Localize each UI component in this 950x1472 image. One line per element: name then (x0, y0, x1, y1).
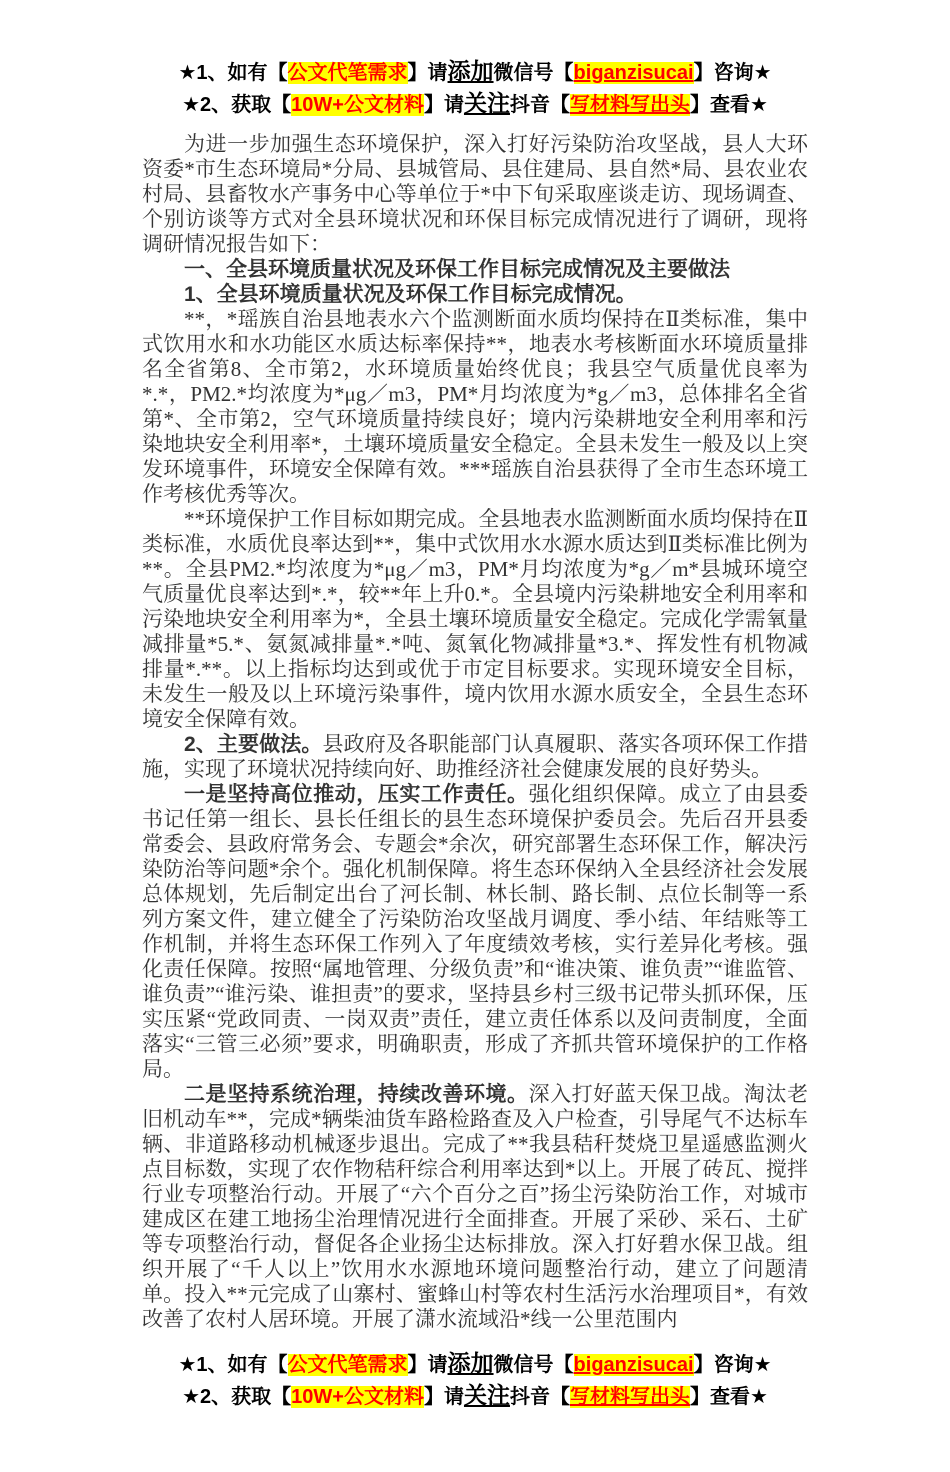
text-run: 微信号【 (494, 1354, 574, 1376)
body-paragraph: 2、主要做法。县政府及各职能部门认真履职、落实各项环保工作措施，实现了环境状况持… (142, 732, 808, 782)
document-page: ★1、如有【公文代笔需求】请添加微信号【biganzisucai】咨询★★2、获… (0, 0, 950, 1472)
banner-line: ★1、如有【公文代笔需求】请添加微信号【biganzisucai】咨询★ (142, 1348, 808, 1380)
text-run: 一是坚持高位推动，压实工作责任。 (184, 783, 529, 806)
text-run: 】请 (408, 62, 448, 84)
banner-line: ★1、如有【公文代笔需求】请添加微信号【biganzisucai】咨询★ (142, 56, 808, 88)
text-run: 添加 (448, 58, 494, 84)
text-run: 10W+公文材料 (291, 1386, 424, 1408)
body-paragraph: 二是坚持系统治理，持续改善环境。深入打好蓝天保卫战。淘汰老旧机动车**，完成*辆… (142, 1082, 808, 1332)
text-run: **环境保护工作目标如期完成。全县地表水监测断面水质均保持在Ⅱ类标准，水质优良率… (142, 507, 808, 731)
text-run: 添加 (448, 1350, 494, 1376)
promo-banner-top: ★1、如有【公文代笔需求】请添加微信号【biganzisucai】咨询★★2、获… (142, 56, 808, 120)
account-handle-link[interactable]: biganzisucai (574, 1354, 694, 1376)
text-run: **，*瑶族自治县地表水六个监测断面水质均保持在Ⅱ类标准，集中式饮用水和水功能区… (142, 307, 808, 506)
text-run: 】查看★ (690, 1386, 768, 1408)
text-run: ★2、获取【 (182, 94, 291, 116)
text-run: 关注 (464, 90, 510, 116)
text-run: 微信号【 (494, 62, 574, 84)
text-run: 公文代笔需求 (288, 1354, 408, 1376)
text-run: 】请 (424, 94, 464, 116)
section-heading: 一、全县环境质量状况及环保工作目标完成情况及主要做法 (142, 257, 808, 282)
text-run: 关注 (464, 1382, 510, 1408)
text-run: 】咨询★ (694, 62, 772, 84)
body-paragraph: **环境保护工作目标如期完成。全县地表水监测断面水质均保持在Ⅱ类标准，水质优良率… (142, 507, 808, 732)
text-run: 10W+公文材料 (291, 94, 424, 116)
text-run: 1、全县环境质量状况及环保工作目标完成情况。 (184, 283, 637, 306)
section-heading: 1、全县环境质量状况及环保工作目标完成情况。 (142, 282, 808, 307)
text-run: 2、主要做法。 (184, 733, 322, 756)
text-run: 为进一步加强生态环境保护，深入打好污染防治攻坚战，县人大环资委*市生态环境局*分… (142, 132, 808, 256)
body-paragraph: 一是坚持高位推动，压实工作责任。强化组织保障。成立了由县委书记任第一组长、县长任… (142, 782, 808, 1082)
text-run: 抖音【 (510, 94, 570, 116)
text-run: 】咨询★ (694, 1354, 772, 1376)
text-run: 深入打好蓝天保卫战。淘汰老旧机动车**，完成*辆柴油货车路检路查及入户检查，引导… (142, 1082, 808, 1331)
document-body: 为进一步加强生态环境保护，深入打好污染防治攻坚战，县人大环资委*市生态环境局*分… (142, 132, 808, 1332)
body-paragraph: **，*瑶族自治县地表水六个监测断面水质均保持在Ⅱ类标准，集中式饮用水和水功能区… (142, 307, 808, 507)
banner-line: ★2、获取【10W+公文材料】请关注抖音【写材料写出头】查看★ (142, 88, 808, 120)
text-run: 抖音【 (510, 1386, 570, 1408)
text-run: ★1、如有【 (178, 1354, 287, 1376)
text-run: 】查看★ (690, 94, 768, 116)
text-run: 公文代笔需求 (288, 62, 408, 84)
promo-banner-bottom: ★1、如有【公文代笔需求】请添加微信号【biganzisucai】咨询★★2、获… (142, 1348, 808, 1412)
account-handle-link[interactable]: 写材料写出头 (570, 94, 690, 116)
text-run: ★2、获取【 (182, 1386, 291, 1408)
text-run: 】请 (408, 1354, 448, 1376)
text-run: 强化组织保障。成立了由县委书记任第一组长、县长任组长的县生态环境保护委员会。先后… (142, 782, 808, 1081)
text-run: 二是坚持系统治理，持续改善环境。 (184, 1083, 529, 1106)
body-paragraph: 为进一步加强生态环境保护，深入打好污染防治攻坚战，县人大环资委*市生态环境局*分… (142, 132, 808, 257)
text-run: 一、全县环境质量状况及环保工作目标完成情况及主要做法 (184, 258, 730, 281)
banner-line: ★2、获取【10W+公文材料】请关注抖音【写材料写出头】查看★ (142, 1380, 808, 1412)
text-run: 】请 (424, 1386, 464, 1408)
account-handle-link[interactable]: biganzisucai (574, 62, 694, 84)
text-run: ★1、如有【 (178, 62, 287, 84)
account-handle-link[interactable]: 写材料写出头 (570, 1386, 690, 1408)
